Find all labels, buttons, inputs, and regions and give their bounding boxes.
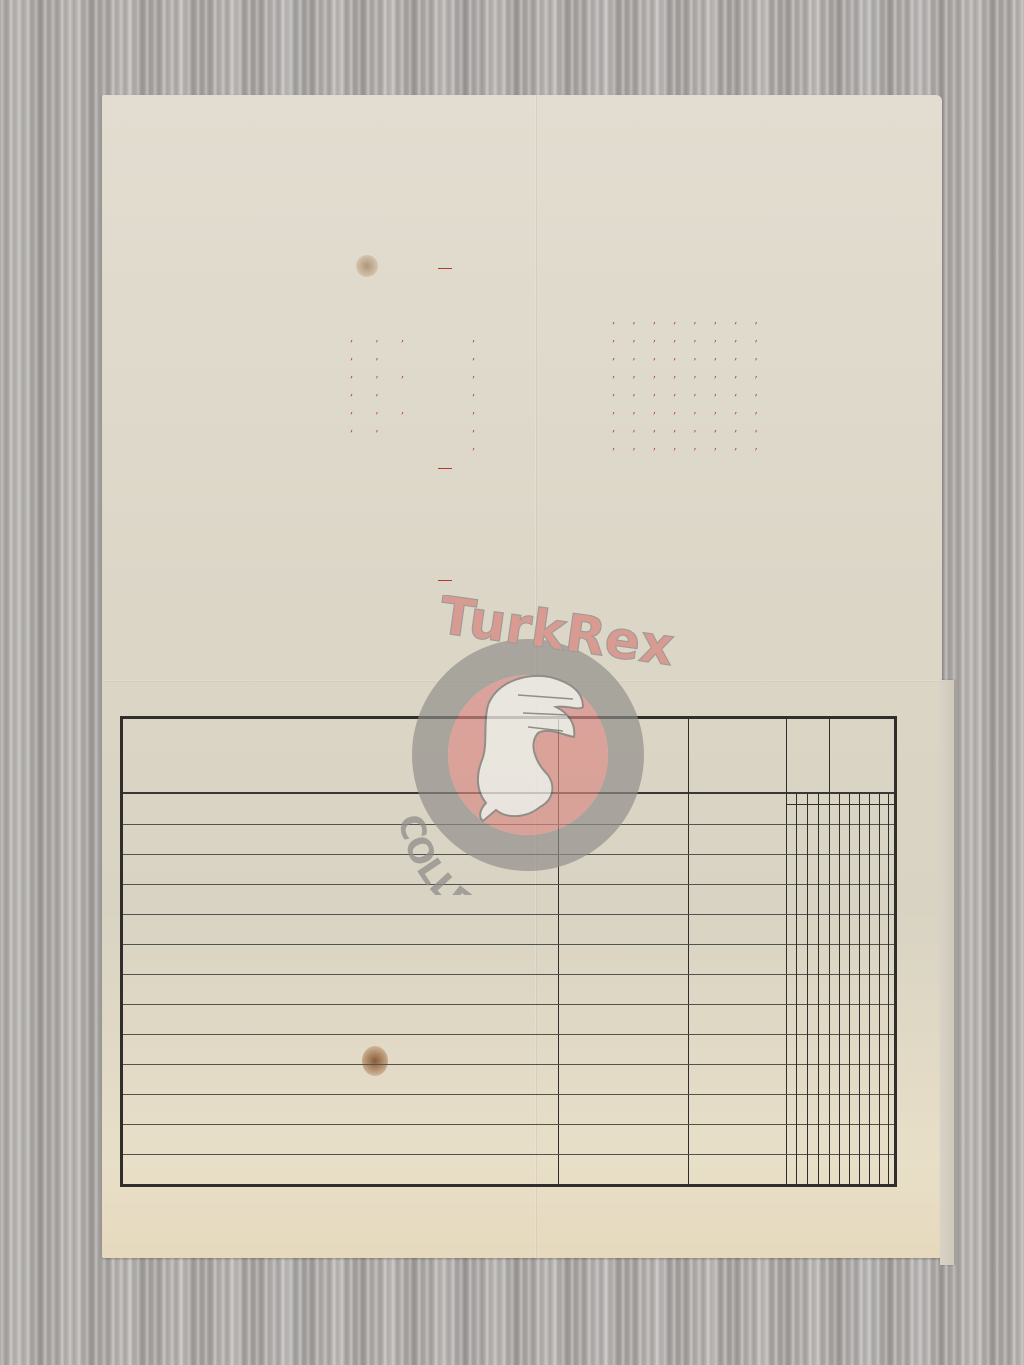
row-line	[123, 824, 894, 825]
fraction-bar	[438, 580, 452, 581]
lira-subcol	[818, 794, 819, 1184]
law-reference-2	[400, 458, 530, 488]
row-line	[123, 884, 894, 885]
row-line	[123, 1004, 894, 1005]
value	[223, 518, 243, 533]
value	[170, 406, 190, 424]
row-line	[123, 1094, 894, 1095]
ditto-marks-mid: ‚‚‚‚‚‚‚	[472, 330, 475, 456]
row-line	[123, 1064, 894, 1065]
row-line	[123, 914, 894, 915]
ghurush-subcol	[869, 794, 870, 1184]
ditto-marks-right: ‚ ‚ ‚ ‚ ‚ ‚ ‚ ‚ ‚ ‚ ‚ ‚ ‚ ‚ ‚ ‚ ‚ ‚ ‚ ‚ …	[612, 312, 758, 456]
value	[170, 370, 190, 388]
value	[170, 388, 190, 406]
lira-subcol	[796, 794, 797, 1184]
value	[170, 442, 190, 460]
row-line	[123, 1124, 894, 1125]
section1-rate-rows: ‚ ‚ ‚ ‚ ‚ ‚ ‚ ‚ ‚ ‚ ‚ ‚ ‚ ‚ ‚ ‚‚‚‚‚‚‚	[350, 330, 780, 460]
underlying-sheet-edge	[940, 680, 954, 1265]
row-line	[123, 944, 894, 945]
value	[170, 424, 190, 442]
value	[223, 503, 243, 518]
row-line	[123, 974, 894, 975]
ghurush-subcol	[839, 794, 840, 1184]
section2-para-values	[223, 503, 243, 533]
row-line	[123, 1154, 894, 1155]
ghurush-subcol	[879, 794, 880, 1184]
stain-spot-top	[356, 255, 378, 277]
ghurush-subcol	[859, 794, 860, 1184]
row-line	[123, 1034, 894, 1035]
header-ghurush	[829, 719, 894, 794]
law-reference-1	[400, 258, 530, 288]
horizontal-fold-crease	[102, 680, 942, 682]
section1-ghurush-values	[170, 298, 194, 460]
law-reference-3	[400, 570, 530, 600]
money-subheader-line	[786, 804, 894, 805]
ghurush-subcol	[888, 794, 889, 1184]
lira-subcol	[807, 794, 808, 1184]
ditto-marks-left: ‚ ‚ ‚ ‚ ‚ ‚ ‚ ‚ ‚ ‚ ‚ ‚ ‚ ‚ ‚	[350, 330, 404, 438]
value	[170, 352, 190, 370]
value	[170, 316, 190, 334]
value	[170, 298, 190, 316]
header-paid-by-month-year	[558, 719, 688, 794]
ghurush-subcol	[849, 794, 850, 1184]
ledger-table	[120, 716, 897, 1187]
row-line	[123, 854, 894, 855]
header-payment-date	[688, 719, 786, 794]
header-notes	[123, 719, 558, 794]
fraction-bar	[438, 468, 452, 469]
header-lira	[786, 719, 829, 794]
value	[170, 334, 190, 352]
fraction-bar	[438, 268, 452, 269]
